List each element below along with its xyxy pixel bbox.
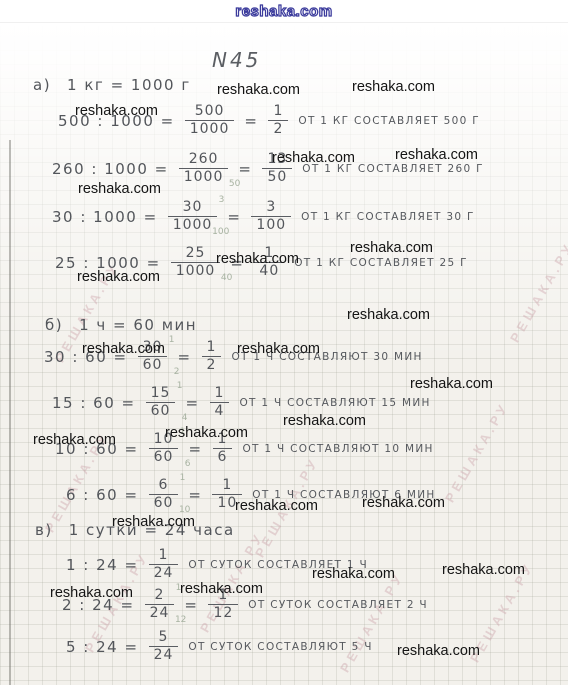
cancel-mark-top: 3 bbox=[219, 195, 225, 205]
watermark-text: reshaka.com bbox=[75, 103, 158, 119]
fraction: 260 1000 50 bbox=[179, 152, 229, 185]
watermark-text: reshaka.com bbox=[180, 581, 263, 597]
equals-sign: = bbox=[227, 208, 241, 226]
equals-sign: = bbox=[244, 112, 258, 130]
cancel-mark-top: 1 bbox=[169, 335, 175, 345]
fraction-result: 3 100 bbox=[251, 200, 291, 233]
watermark-text: reshaka.com bbox=[410, 376, 493, 392]
fraction-denominator: 60 bbox=[146, 402, 176, 420]
watermark-text: reshaka.com bbox=[395, 147, 478, 163]
equals-sign: = bbox=[188, 440, 202, 458]
fraction-numerator: 30 bbox=[178, 200, 208, 216]
cancel-mark-bottom: 40 bbox=[221, 273, 232, 283]
fraction: 500 1000 bbox=[185, 104, 235, 137]
fraction-numerator: 25 bbox=[181, 246, 211, 262]
watermark-text: reshaka.com bbox=[272, 150, 355, 166]
fraction-denominator: 1000 bbox=[185, 120, 235, 138]
fraction-numerator: 6 bbox=[154, 478, 174, 494]
fraction-numerator: 5 bbox=[154, 630, 174, 646]
equals-sign: = bbox=[185, 394, 199, 412]
equation-conclusion: от 1 ч составляют 15 мин bbox=[239, 397, 430, 409]
exercise-number: N45 bbox=[212, 48, 261, 72]
site-name: reshaka.com bbox=[235, 3, 332, 20]
watermark-text: reshaka.com bbox=[350, 240, 433, 256]
equation-lhs: 260 : 1000 = bbox=[52, 160, 169, 178]
equals-sign: = bbox=[177, 348, 191, 366]
cancel-mark-bottom: 4 bbox=[182, 413, 188, 423]
watermark-text: reshaka.com bbox=[312, 566, 395, 582]
equals-sign: = bbox=[238, 160, 252, 178]
cancel-mark-bottom: 12 bbox=[175, 615, 186, 625]
fraction: 25 1000 40 bbox=[171, 246, 221, 279]
watermark-text: reshaka.com bbox=[362, 495, 445, 511]
equation-lhs: 30 : 1000 = bbox=[52, 208, 158, 226]
fraction: 5 24 bbox=[149, 630, 179, 663]
equals-sign: = bbox=[188, 486, 202, 504]
fraction: 1 24 bbox=[149, 548, 179, 581]
watermark-text: reshaka.com bbox=[217, 82, 300, 98]
equation-row-c3: 5 : 24 = 5 24 от суток составляют 5 ч bbox=[66, 630, 373, 663]
watermark-text: reshaka.com bbox=[237, 341, 320, 357]
fraction-denominator: 2 bbox=[202, 356, 222, 374]
watermark-text: reshaka.com bbox=[82, 341, 165, 357]
watermark-text: reshaka.com bbox=[283, 413, 366, 429]
section-b-equality: 1 ч = 60 мин bbox=[79, 316, 197, 334]
fraction-denominator: 4 bbox=[210, 402, 230, 420]
watermark-text: reshaka.com bbox=[235, 498, 318, 514]
watermark-text: reshaka.com bbox=[33, 432, 116, 448]
watermark-text: reshaka.com bbox=[347, 307, 430, 323]
fraction-numerator: 500 bbox=[190, 104, 230, 120]
watermark-text: reshaka.com bbox=[165, 425, 248, 441]
equation-lhs: 1 : 24 = bbox=[66, 556, 139, 574]
watermark-text: reshaka.com bbox=[77, 269, 160, 285]
fraction-result: 1 2 bbox=[202, 340, 222, 373]
fraction-result: 1 4 bbox=[210, 386, 230, 419]
fraction-numerator: 1 bbox=[202, 340, 222, 356]
page-edge-line bbox=[9, 140, 11, 685]
fraction-numerator: 3 bbox=[261, 200, 281, 216]
equation-lhs: 6 : 60 = bbox=[66, 486, 139, 504]
fraction-denominator: 60 bbox=[149, 494, 179, 512]
fraction-result: 1 2 bbox=[268, 104, 288, 137]
equation-row-a3: 30 : 1000 = 30 1000 3 100 = 3 100 от 1 к… bbox=[52, 200, 475, 233]
fraction-numerator: 1 bbox=[210, 386, 230, 402]
watermark-text: reshaka.com bbox=[216, 251, 299, 267]
fraction-denominator: 1000 bbox=[171, 262, 221, 280]
equation-conclusion: от 1 кг составляет 30 г bbox=[301, 211, 475, 223]
equation-conclusion: от 1 ч составляют 10 мин bbox=[242, 443, 433, 455]
equation-conclusion: от 1 кг составляет 25 г bbox=[294, 257, 468, 269]
section-b-label: б) bbox=[45, 316, 63, 334]
equals-sign: = bbox=[184, 596, 198, 614]
fraction-numerator: 1 bbox=[268, 104, 288, 120]
fraction-numerator: 2 bbox=[150, 588, 170, 604]
fraction-denominator: 1000 bbox=[179, 168, 229, 186]
fraction: 15 60 1 4 bbox=[146, 386, 176, 419]
watermark-text: reshaka.com bbox=[78, 181, 161, 197]
fraction-denominator: 60 bbox=[149, 448, 179, 466]
watermark-text: reshaka.com bbox=[352, 79, 435, 95]
equation-lhs: 15 : 60 = bbox=[52, 394, 136, 412]
fraction-denominator: 24 bbox=[145, 604, 175, 622]
fraction-numerator: 260 bbox=[184, 152, 224, 168]
watermark-text: reshaka.com bbox=[112, 514, 195, 530]
fraction-denominator: 100 bbox=[251, 216, 291, 234]
watermark-text: reshaka.com bbox=[50, 585, 133, 601]
cancel-mark-bottom: 6 bbox=[185, 459, 191, 469]
site-banner: reshaka.com bbox=[0, 0, 568, 23]
section-a-header: а) 1 кг = 1000 г bbox=[33, 76, 191, 94]
section-b-header: б) 1 ч = 60 мин bbox=[45, 316, 197, 334]
equation-conclusion: от 1 кг составляет 500 г bbox=[298, 115, 480, 127]
fraction: 2 24 1 12 bbox=[145, 588, 175, 621]
fraction-denominator: 1000 bbox=[168, 216, 218, 234]
equation-conclusion: от суток составляют 5 ч bbox=[188, 641, 372, 653]
section-a-equality: 1 кг = 1000 г bbox=[67, 76, 191, 94]
watermark-text: reshaka.com bbox=[442, 562, 525, 578]
cancel-mark-top: 1 bbox=[180, 473, 186, 483]
fraction-denominator: 6 bbox=[213, 448, 233, 466]
fraction-denominator: 2 bbox=[268, 120, 288, 138]
fraction-denominator: 24 bbox=[149, 646, 179, 664]
fraction-denominator: 24 bbox=[149, 564, 179, 582]
cancel-mark-top: 1 bbox=[177, 381, 183, 391]
equation-lhs: 5 : 24 = bbox=[66, 638, 139, 656]
section-a-label: а) bbox=[33, 76, 51, 94]
cancel-mark-bottom: 50 bbox=[229, 179, 240, 189]
watermark-text: reshaka.com bbox=[397, 643, 480, 659]
fraction-denominator: 12 bbox=[208, 604, 238, 622]
fraction-numerator: 15 bbox=[146, 386, 176, 402]
section-c-label: в) bbox=[35, 521, 53, 539]
fraction: 30 1000 3 100 bbox=[168, 200, 218, 233]
cancel-mark-bottom: 2 bbox=[174, 367, 180, 377]
equation-conclusion: от суток составляет 2 ч bbox=[248, 599, 428, 611]
cancel-mark-bottom: 100 bbox=[212, 227, 229, 237]
equation-row-b2: 15 : 60 = 15 60 1 4 = 1 4 от 1 ч составл… bbox=[52, 386, 431, 419]
fraction: 6 60 1 10 bbox=[149, 478, 179, 511]
fraction-numerator: 1 bbox=[217, 478, 237, 494]
fraction-numerator: 1 bbox=[154, 548, 174, 564]
fraction-denominator: 60 bbox=[138, 356, 168, 374]
fraction-denominator: 50 bbox=[262, 168, 292, 186]
